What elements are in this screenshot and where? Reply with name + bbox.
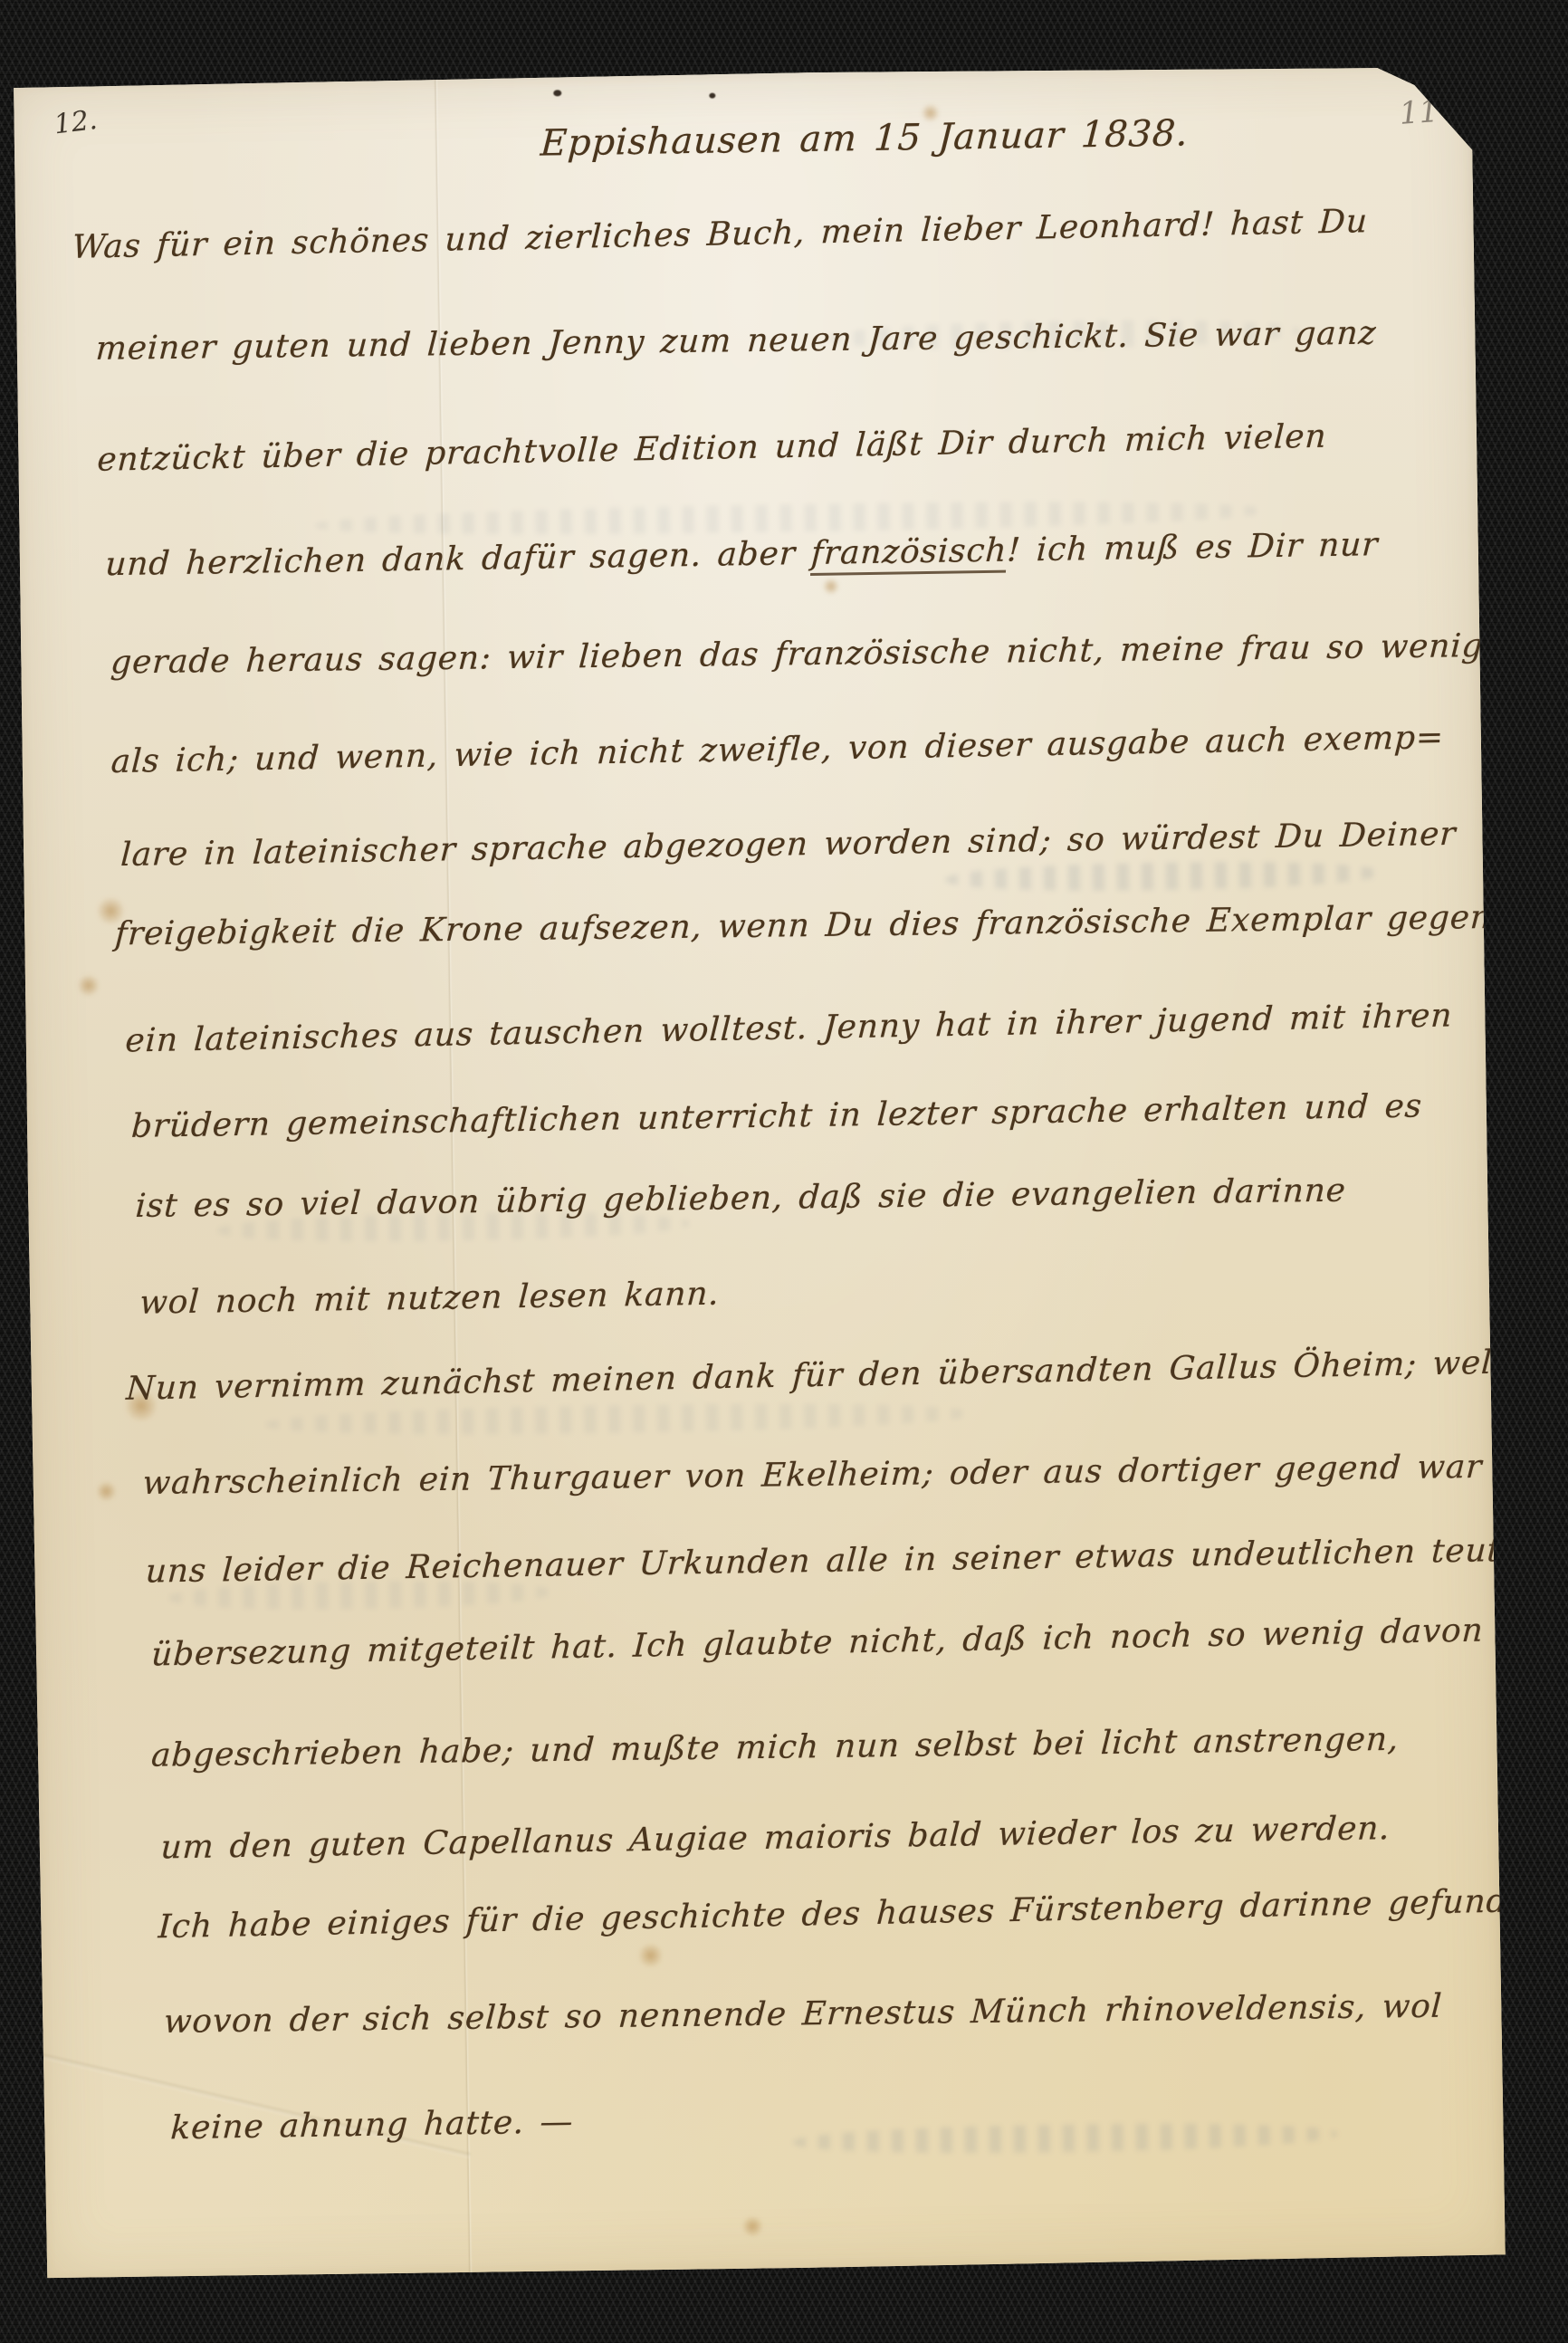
page-number: 12. xyxy=(53,104,100,140)
letter-page: 12. 11 Eppishausen am 15 Januar 1838. Wa… xyxy=(10,61,1506,2281)
line-segment: ! ich muß es Dir nur xyxy=(1006,526,1379,569)
underlined-word: französisch xyxy=(810,532,1009,576)
paper-vignette xyxy=(10,61,1506,2281)
letter-line: keine ahnung hatte. — xyxy=(169,2103,574,2147)
photograph-of-letter: { "annotations": { "page_number_top_left… xyxy=(0,0,1568,2343)
ink-speck xyxy=(709,93,715,99)
folio-number: 11 xyxy=(1398,93,1439,132)
